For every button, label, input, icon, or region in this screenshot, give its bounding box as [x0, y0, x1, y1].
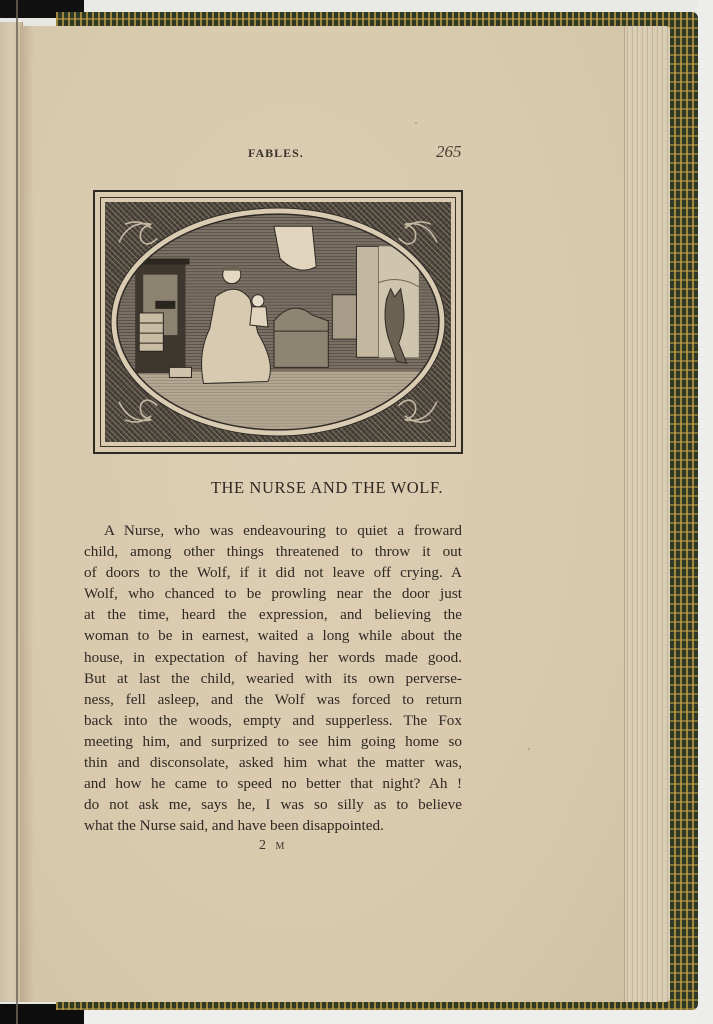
paper-speck [528, 748, 530, 750]
gutter-line [16, 0, 18, 1024]
paper-speck [415, 122, 417, 124]
book-page: FABLES. 265 [20, 26, 625, 1002]
page-number: 265 [436, 142, 462, 162]
text-line: of doors to the Wolf, if it did not leav… [84, 562, 462, 583]
engraving-scene-icon [105, 202, 451, 442]
engraving-illustration [93, 190, 463, 454]
running-head: FABLES. 265 [20, 144, 624, 164]
text-line: do not ask me, says he, I was so silly a… [84, 794, 462, 815]
signature-mark: 2 M [259, 838, 285, 854]
text-line: ness, fell asleep, and the Wolf was forc… [84, 689, 462, 710]
text-line: thin and disconsolate, asked him what th… [84, 752, 462, 773]
text-line: But at last the child, wearied with its … [84, 668, 462, 689]
text-line: meeting him, and surprized to see him go… [84, 731, 462, 752]
running-title: FABLES. [248, 146, 304, 161]
signature-letter: M [276, 841, 286, 852]
background-right [697, 0, 713, 1024]
text-line: back into the woods, empty and supperles… [84, 710, 462, 731]
gutter-shadow [20, 26, 34, 1002]
text-line: what the Nurse said, and have been disap… [84, 815, 462, 836]
engraving-ornament-field [105, 202, 451, 442]
text-line: Wolf, who chanced to be prowling near th… [84, 583, 462, 604]
signature-number: 2 [259, 838, 269, 853]
text-line: at the time, heard the expression, and b… [84, 604, 462, 625]
story-title: THE NURSE AND THE WOLF. [20, 478, 624, 498]
engraving-frame [100, 197, 456, 447]
text-line: A Nurse, who was endeavouring to quiet a… [84, 520, 462, 541]
story-title-text: THE NURSE AND THE WOLF. [211, 478, 443, 498]
text-line: and how he came to speed no better that … [84, 773, 462, 794]
story-body: A Nurse, who was endeavouring to quiet a… [84, 520, 462, 836]
text-line: child, among other things threatened to … [84, 541, 462, 562]
background-bottom [84, 1010, 713, 1024]
text-line: house, in expectation of having her word… [84, 647, 462, 668]
text-line: woman to be in earnest, waited a long wh… [84, 625, 462, 646]
